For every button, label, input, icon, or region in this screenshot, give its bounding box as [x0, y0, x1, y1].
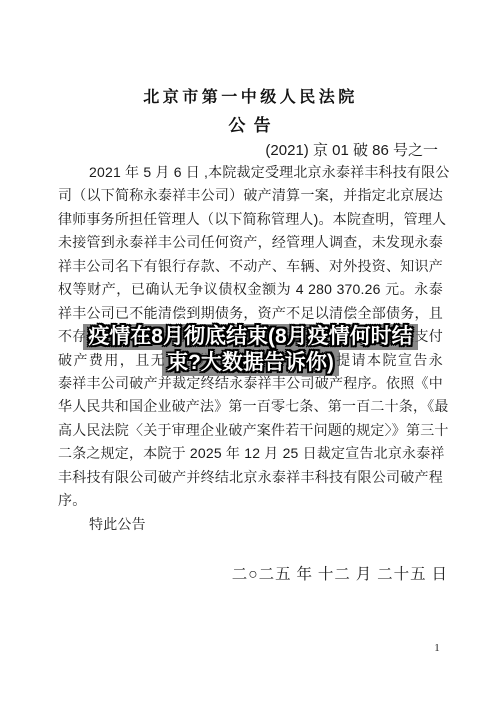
- page-number: 1: [431, 642, 443, 654]
- body-line: 二条之规定，本院于 2025 年 12 月 25 日裁定宣告北京永泰祥: [58, 442, 443, 465]
- announcement-date: 二○二五 年 十二 月 二十五 日: [58, 562, 448, 584]
- court-announcement-page: 北京市第一中级人民法院 公 告 (2021) 京 01 破 86 号之一 202…: [0, 0, 500, 706]
- body-line: 权等财产，已确认无争议债权金额为 4 280 370.26 元。永泰: [58, 278, 443, 301]
- body-line: 2021 年 5 月 6 日 ,本院裁定受理北京永泰祥丰科技有限公: [58, 161, 443, 184]
- body-line: 祥丰公司名下有银行存款、不动产、车辆、对外投资、知识产: [58, 255, 443, 278]
- overlay-banner-line: 束?大数据告诉你): [58, 350, 443, 376]
- body-line: 华人民共和国企业破产法》第一百零七条、第一百二十条，《最: [58, 395, 443, 418]
- overlay-banner: 疫情在8月彻底结束(8月疫情何时结 束?大数据告诉你): [58, 324, 443, 376]
- body-line: 丰科技有限公司破产并终结北京永泰祥丰科技有限公司破产程: [58, 466, 443, 489]
- body-line: 律师事务所担任管理人（以下简称管理人)。本院查明，管理人: [58, 208, 443, 231]
- overlay-banner-text: 束?大数据告诉你): [162, 350, 339, 376]
- body-line: 祥丰公司已不能清偿到期债务，资产不足以清偿全部债务，且: [58, 302, 443, 325]
- closing-line: 特此公告: [58, 513, 443, 536]
- overlay-banner-line: 疫情在8月彻底结束(8月疫情何时结: [58, 324, 443, 350]
- overlay-banner-text: 疫情在8月彻底结束(8月疫情何时结: [83, 324, 417, 350]
- body-line: 序。: [58, 489, 443, 512]
- announcement-title: 公 告: [58, 111, 443, 136]
- body-line: 司（以下简称永泰祥丰公司）破产清算一案，并指定北京展达: [58, 184, 443, 207]
- case-number: (2021) 京 01 破 86 号之一: [58, 139, 438, 160]
- body-line: 高人民法院〈关于审理企业破产案件若干问题的规定〉》第三十: [58, 419, 443, 442]
- body-line: 未接管到永泰祥丰公司任何资产，经管理人调查，未发现永泰: [58, 231, 443, 254]
- court-name: 北京市第一中级人民法院: [58, 84, 443, 107]
